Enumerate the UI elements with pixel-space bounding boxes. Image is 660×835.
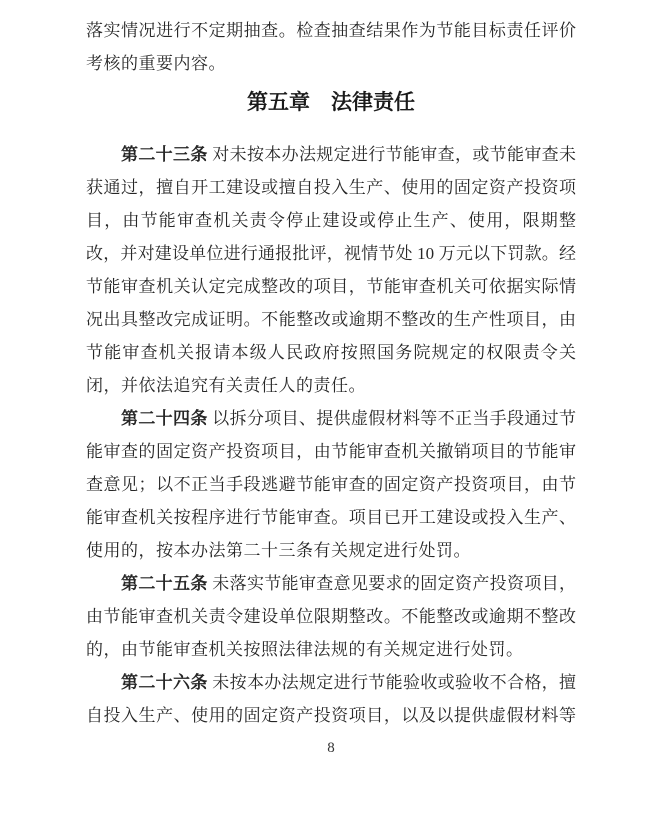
text-line: 考核的重要内容。 [86, 47, 576, 80]
text-line: 落实情况进行不定期抽查。检查抽查结果作为节能目标责任评价 [86, 14, 576, 47]
text-line: 自投入生产、使用的固定资产投资项目，以及以提供虚假材料等 [86, 699, 576, 732]
text-line: 能审查的固定资产投资项目，由节能审查机关撤销项目的节能审 [86, 435, 576, 468]
intro-paragraph: 落实情况进行不定期抽查。检查抽查结果作为节能目标责任评价考核的重要内容。 [86, 14, 576, 80]
articles-section: 第二十三条 对未按本办法规定进行节能审查，或节能审查未获通过，擅自开工建设或擅自… [86, 138, 576, 732]
text-line: 查意见；以不正当手段逃避节能审查的固定资产投资项目，由节 [86, 468, 576, 501]
text-line: 改，并对建设单位进行通报批评，视情节处 10 万元以下罚款。经 [86, 237, 576, 270]
text-line: 节能审查机关认定完成整改的项目，节能审查机关可依据实际情 [86, 270, 576, 303]
text-line: 的，由节能审查机关按照法律法规的有关规定进行处罚。 [86, 633, 576, 666]
text-line: 节能审查机关报请本级人民政府按照国务院规定的权限责令关 [86, 336, 576, 369]
text-line: 况出具整改完成证明。不能整改或逾期不整改的生产性项目，由 [86, 303, 576, 336]
text-line: 目，由节能审查机关责令停止建设或停止生产、使用，限期整 [86, 204, 576, 237]
document-page: 落实情况进行不定期抽查。检查抽查结果作为节能目标责任评价考核的重要内容。 第五章… [0, 0, 660, 835]
article-number: 第二十五条 [121, 574, 208, 593]
article-number: 第二十四条 [121, 409, 208, 428]
text-line: 使用的，按本办法第二十三条有关规定进行处罚。 [86, 534, 576, 567]
text-line: 第二十六条 未按本办法规定进行节能验收或验收不合格，擅 [86, 666, 576, 699]
text-line: 第二十三条 对未按本办法规定进行节能审查，或节能审查未 [86, 138, 576, 171]
text-line: 由节能审查机关责令建设单位限期整改。不能整改或逾期不整改 [86, 600, 576, 633]
text-line: 第二十五条 未落实节能审查意见要求的固定资产投资项目， [86, 567, 576, 600]
text-line: 闭，并依法追究有关责任人的责任。 [86, 369, 576, 402]
article-number: 第二十六条 [121, 673, 208, 692]
page-number: 8 [86, 738, 576, 758]
chapter-heading: 第五章 法律责任 [86, 88, 576, 118]
text-line: 获通过，擅自开工建设或擅自投入生产、使用的固定资产投资项 [86, 171, 576, 204]
text-line: 能审查机关按程序进行节能审查。项目已开工建设或投入生产、 [86, 501, 576, 534]
text-line: 第二十四条 以拆分项目、提供虚假材料等不正当手段通过节 [86, 402, 576, 435]
article-number: 第二十三条 [121, 145, 208, 164]
